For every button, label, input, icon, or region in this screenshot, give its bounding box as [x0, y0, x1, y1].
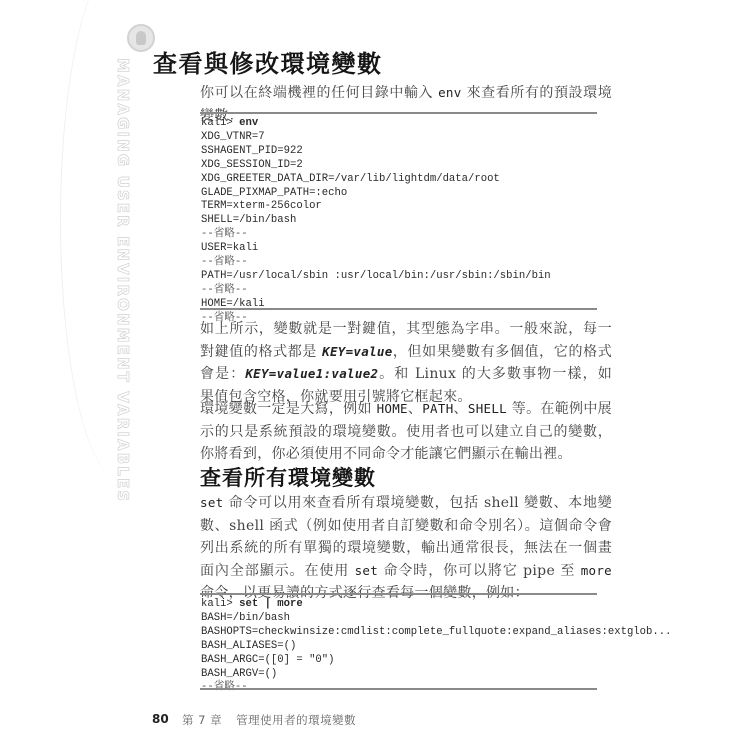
paragraph-uppercase: 環境變數一定是大寫，例如 HOME、PATH、SHELL 等。在範例中展示的只是…	[200, 398, 612, 466]
code-line: BASH_ALIASES=()	[201, 640, 296, 652]
paragraph-text: 命令時，你可以將它 pipe 至	[378, 563, 581, 579]
inline-code-shell: SHELL	[468, 401, 507, 416]
inline-code-key-values: KEY=value1:value2	[245, 366, 378, 381]
separator: 、	[454, 401, 468, 417]
code-block-bottom-rule	[200, 308, 597, 310]
inline-code-path: PATH	[422, 401, 453, 416]
code-omission: --省略--	[201, 256, 248, 268]
code-line: XDG_SESSION_ID=2	[201, 159, 303, 171]
inline-code-set: set	[355, 563, 378, 578]
separator: 、	[408, 401, 422, 417]
chapter-label: 第 7 章	[182, 713, 222, 727]
section-title-view-all: 查看所有環境變數	[200, 462, 376, 492]
inline-code-more: more	[581, 563, 612, 578]
code-line: BASHOPTS=checkwinsize:cmdlist:complete_f…	[201, 626, 671, 638]
code-block-set: kali> set | more BASH=/bin/bash BASHOPTS…	[201, 598, 671, 695]
code-line: XDG_GREETER_DATA_DIR=/var/lib/lightdm/da…	[201, 173, 500, 185]
code-line: BASH=/bin/bash	[201, 612, 290, 624]
code-line: USER=kali	[201, 242, 258, 254]
section-title-view-modify: 查看與修改環境變數	[153, 44, 383, 79]
chapter-footer: 第 7 章管理使用者的環境變數	[182, 712, 356, 728]
code-block-env: kali> env XDG_VTNR=7 SSHAGENT_PID=922 XD…	[201, 117, 551, 326]
page-number: 80	[152, 712, 169, 726]
code-line: SSHAGENT_PID=922	[201, 145, 303, 157]
code-block-top-rule	[200, 112, 597, 114]
code-line: XDG_VTNR=7	[201, 131, 265, 143]
code-line: SHELL=/bin/bash	[201, 214, 296, 226]
code-line: BASH_ARGC=([0] = "0")	[201, 654, 335, 666]
code-block-bottom-rule	[200, 688, 597, 690]
code-block-top-rule	[200, 593, 597, 595]
running-title-vertical: MANAGING USER ENVIRONMENT VARIABLES	[114, 58, 132, 503]
inline-code-home: HOME	[377, 401, 408, 416]
shell-prompt: kali>	[201, 117, 239, 129]
inline-code-set: set	[200, 495, 223, 510]
inline-code-key-value: KEY=value	[322, 344, 392, 359]
chapter-emblem-icon	[127, 24, 155, 52]
code-line: GLADE_PIXMAP_PATH=:echo	[201, 187, 347, 199]
code-omission: --省略--	[201, 228, 248, 240]
paragraph-key-value: 如上所示，變數就是一對鍵值，其型態為字串。一般來說，每一對鍵值的格式都是 KEY…	[200, 318, 612, 408]
shell-prompt: kali>	[201, 598, 239, 610]
paragraph-text: 環境變數一定是大寫，例如	[200, 401, 377, 417]
chapter-title: 管理使用者的環境變數	[236, 713, 356, 727]
intro-text: 你可以在終端機裡的任何目錄中輸入	[200, 85, 438, 101]
shell-command: set | more	[239, 598, 303, 610]
code-line: PATH=/usr/local/sbin :usr/local/bin:/usr…	[201, 270, 551, 282]
code-line: BASH_ARGV=()	[201, 668, 277, 680]
code-omission: --省略--	[201, 284, 248, 296]
shell-command: env	[239, 117, 258, 129]
inline-code-env: env	[438, 85, 461, 100]
code-line: TERM=xterm-256color	[201, 200, 322, 212]
paragraph-set-command: set 命令可以用來查看所有環境變數，包括 shell 變數、本地變數、shel…	[200, 492, 612, 605]
